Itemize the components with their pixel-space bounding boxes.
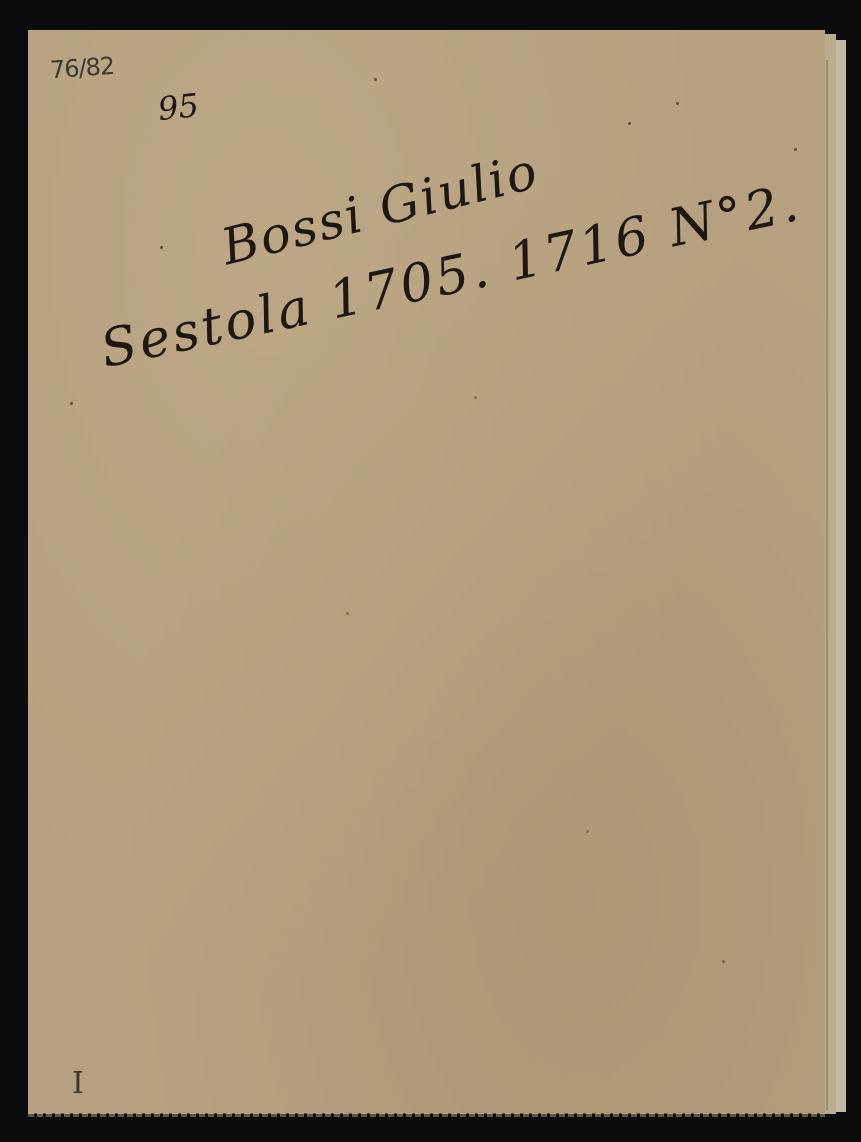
paper-speck [346, 612, 349, 615]
paper-speck [374, 78, 377, 81]
sheet-edge-shadow [826, 60, 828, 1110]
volume-mark: I [72, 1066, 84, 1101]
paper-speck [722, 960, 725, 963]
folio-number: 95 [156, 86, 200, 128]
paper-speck [586, 830, 589, 833]
archive-reference: 76/82 [49, 52, 115, 84]
document-cover-sheet: 76/82 95 Bossi Giulio Sestola 1705. 1716… [28, 30, 825, 1114]
paper-speck [794, 148, 797, 151]
paper-speck [628, 122, 631, 125]
paper-speck [70, 402, 73, 405]
paper-speck [676, 102, 679, 105]
paper-speck [160, 246, 163, 249]
paper-speck [474, 396, 477, 399]
